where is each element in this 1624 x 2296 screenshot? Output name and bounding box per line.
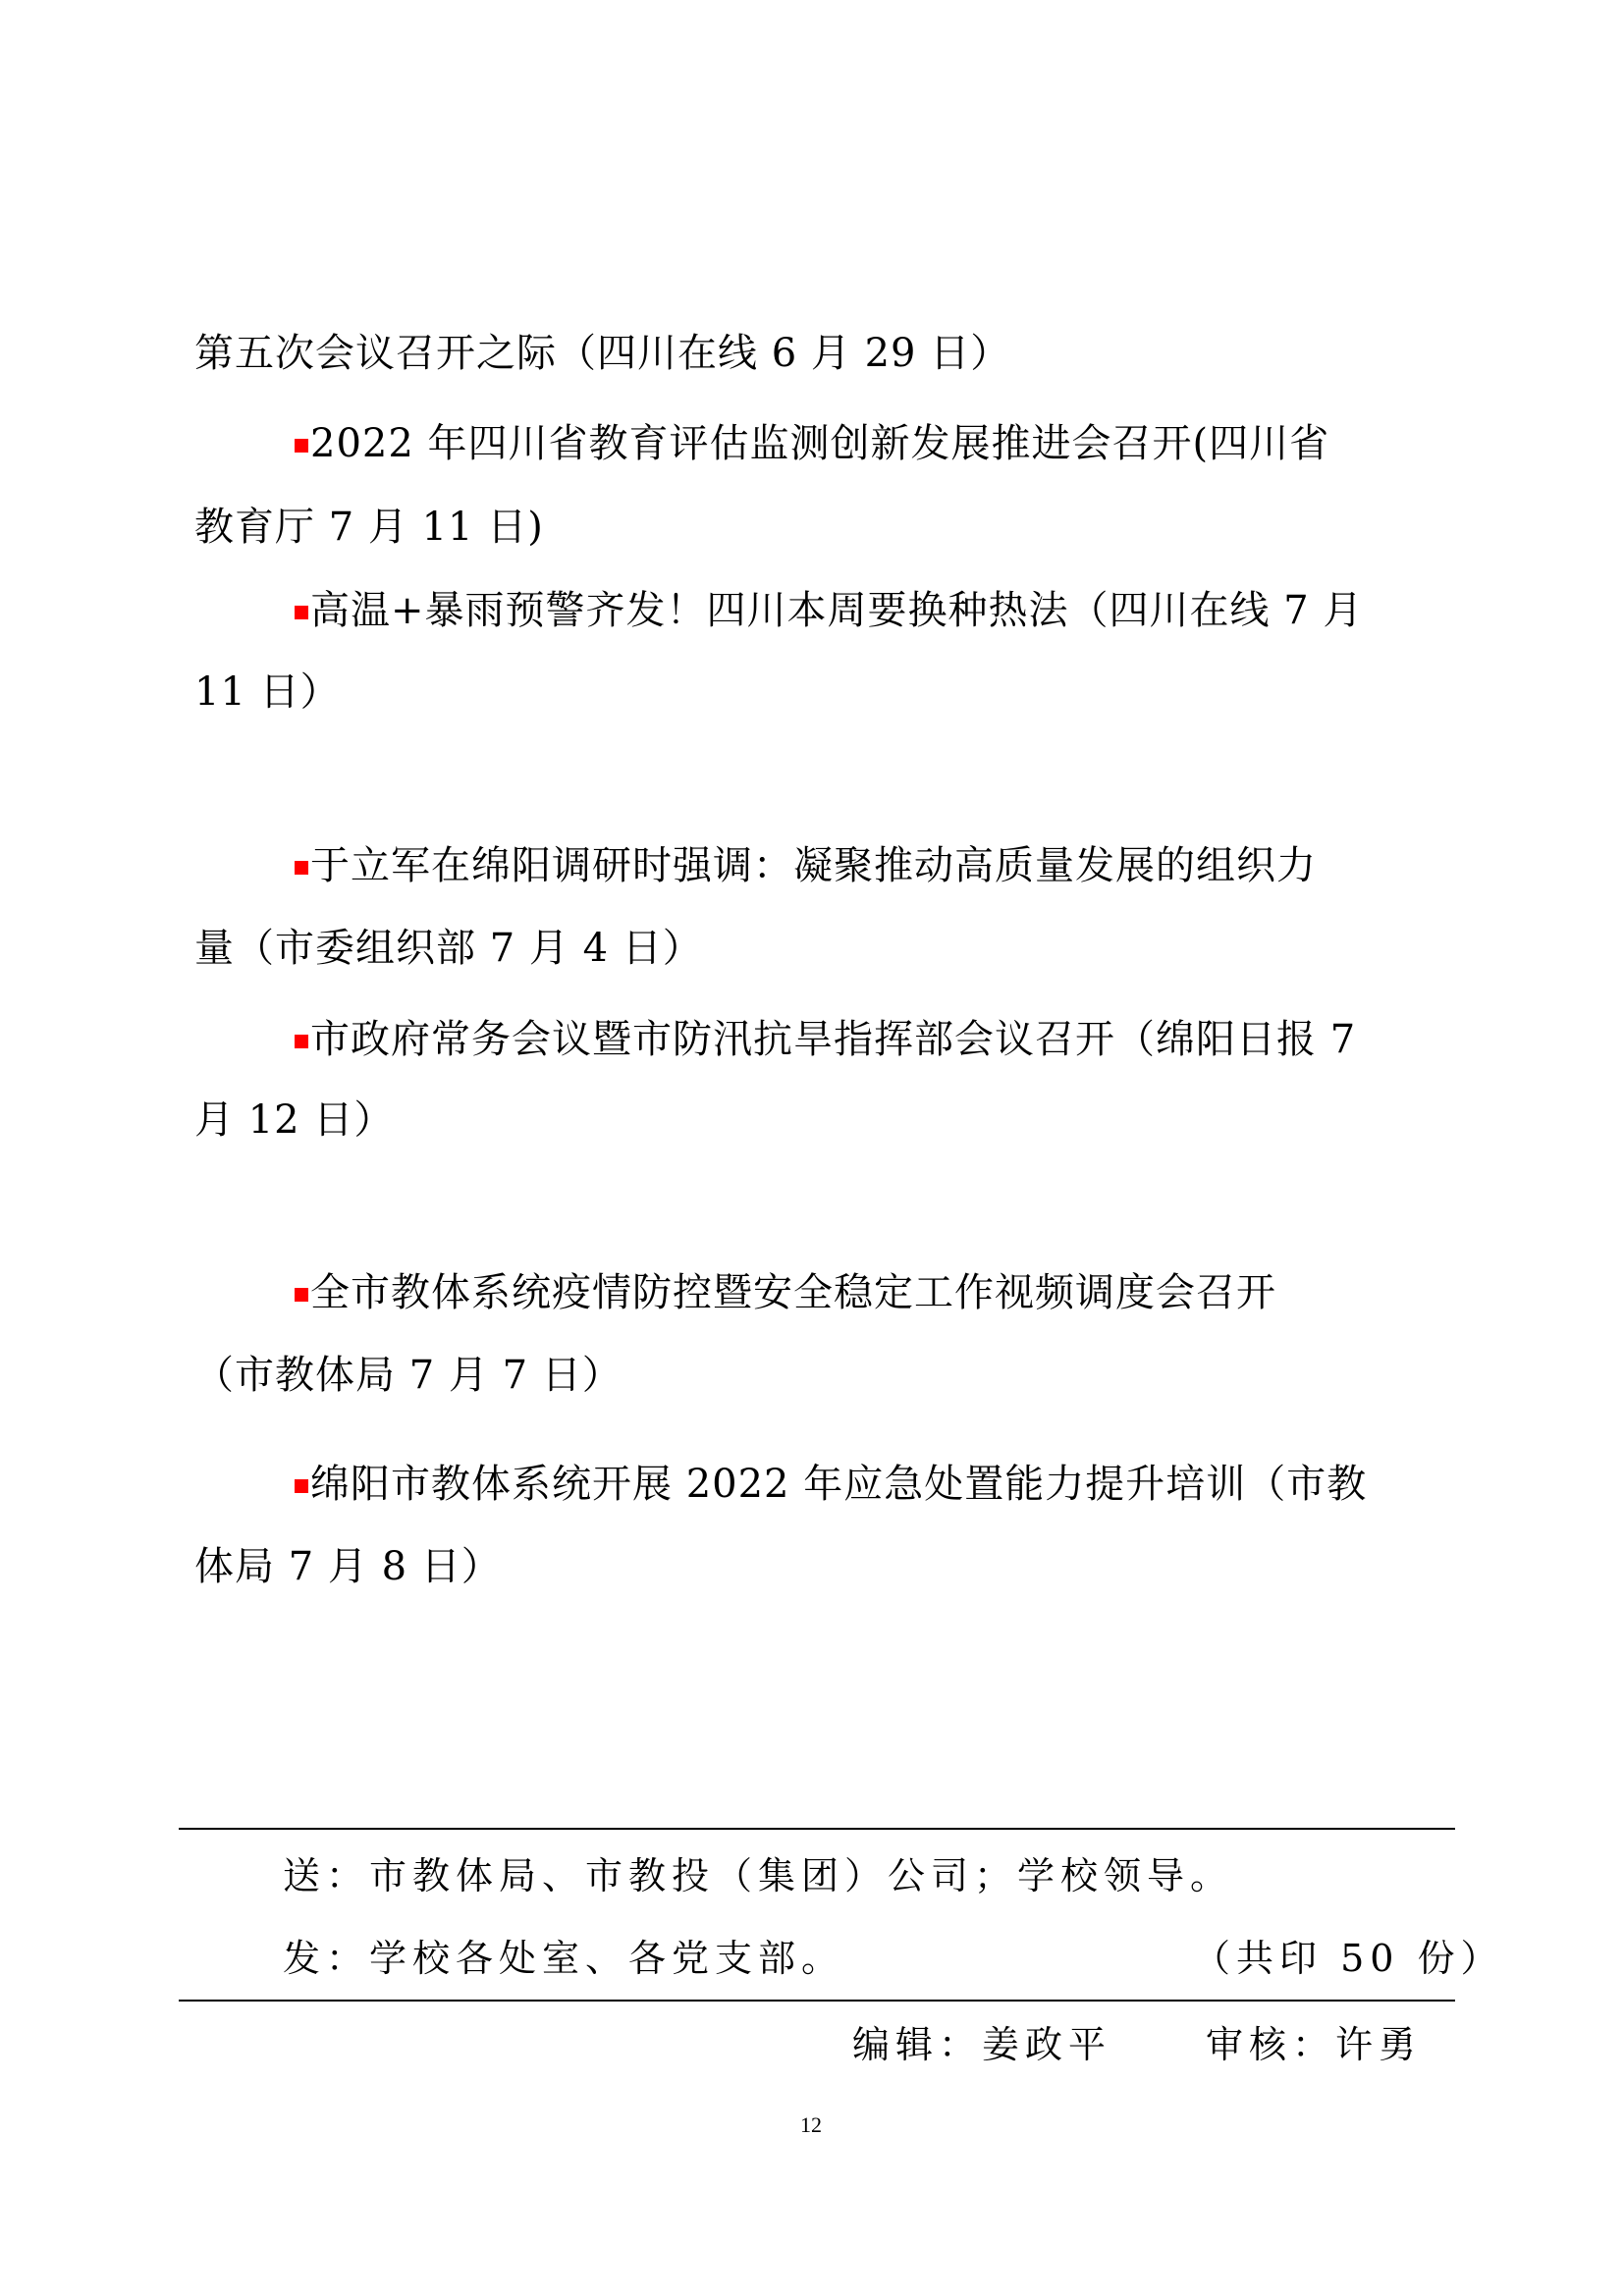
- news-item: 全市教体系统疫情防控暨安全稳定工作视频调度会召开: [295, 1269, 1276, 1316]
- text-line: （市教体局 7 月 7 日）: [194, 1352, 623, 1399]
- editor-credit: 编辑：姜政平: [852, 2022, 1111, 2067]
- news-item: 绵阳市教体系统开展 2022 年应急处置能力提升培训（市教: [295, 1461, 1367, 1508]
- news-item: 高温+暴雨预警齐发！四川本周要换种热法（四川在线 7 月: [295, 587, 1363, 634]
- text-line: 月 12 日）: [194, 1096, 394, 1144]
- red-square-bullet-icon: [295, 1288, 308, 1302]
- text-line: 教育厅 7 月 11 日): [194, 504, 544, 551]
- red-square-bullet-icon: [295, 1479, 308, 1493]
- reviewer-credit: 审核：许勇: [1206, 2022, 1422, 2067]
- distribute-to-line: 发：学校各处室、各党支部。: [283, 1936, 844, 1981]
- top-divider: [179, 1828, 1455, 1830]
- red-square-bullet-icon: [295, 1035, 308, 1048]
- red-square-bullet-icon: [295, 861, 308, 875]
- copies-count: （共印 50 份）: [1193, 1936, 1504, 1981]
- red-square-bullet-icon: [295, 606, 308, 619]
- news-item: 于立军在绵阳调研时强调：凝聚推动高质量发展的组织力: [295, 842, 1317, 889]
- page-number: 12: [800, 2112, 822, 2138]
- text-line: 体局 7 月 8 日）: [194, 1543, 502, 1590]
- red-square-bullet-icon: [295, 439, 308, 453]
- news-item: 2022 年四川省教育评估监测创新发展推进会召开(四川省: [295, 420, 1329, 467]
- text-line: 11 日）: [194, 668, 341, 716]
- news-item: 市政府常务会议暨市防汛抗旱指挥部会议召开（绵阳日报 7: [295, 1016, 1356, 1063]
- text-line: 第五次会议召开之际（四川在线 6 月 29 日）: [194, 330, 1010, 377]
- bottom-divider: [179, 2000, 1455, 2002]
- text-line: 量（市委组织部 7 月 4 日）: [194, 925, 703, 972]
- send-to-line: 送：市教体局、市教投（集团）公司；学校领导。: [283, 1853, 1233, 1898]
